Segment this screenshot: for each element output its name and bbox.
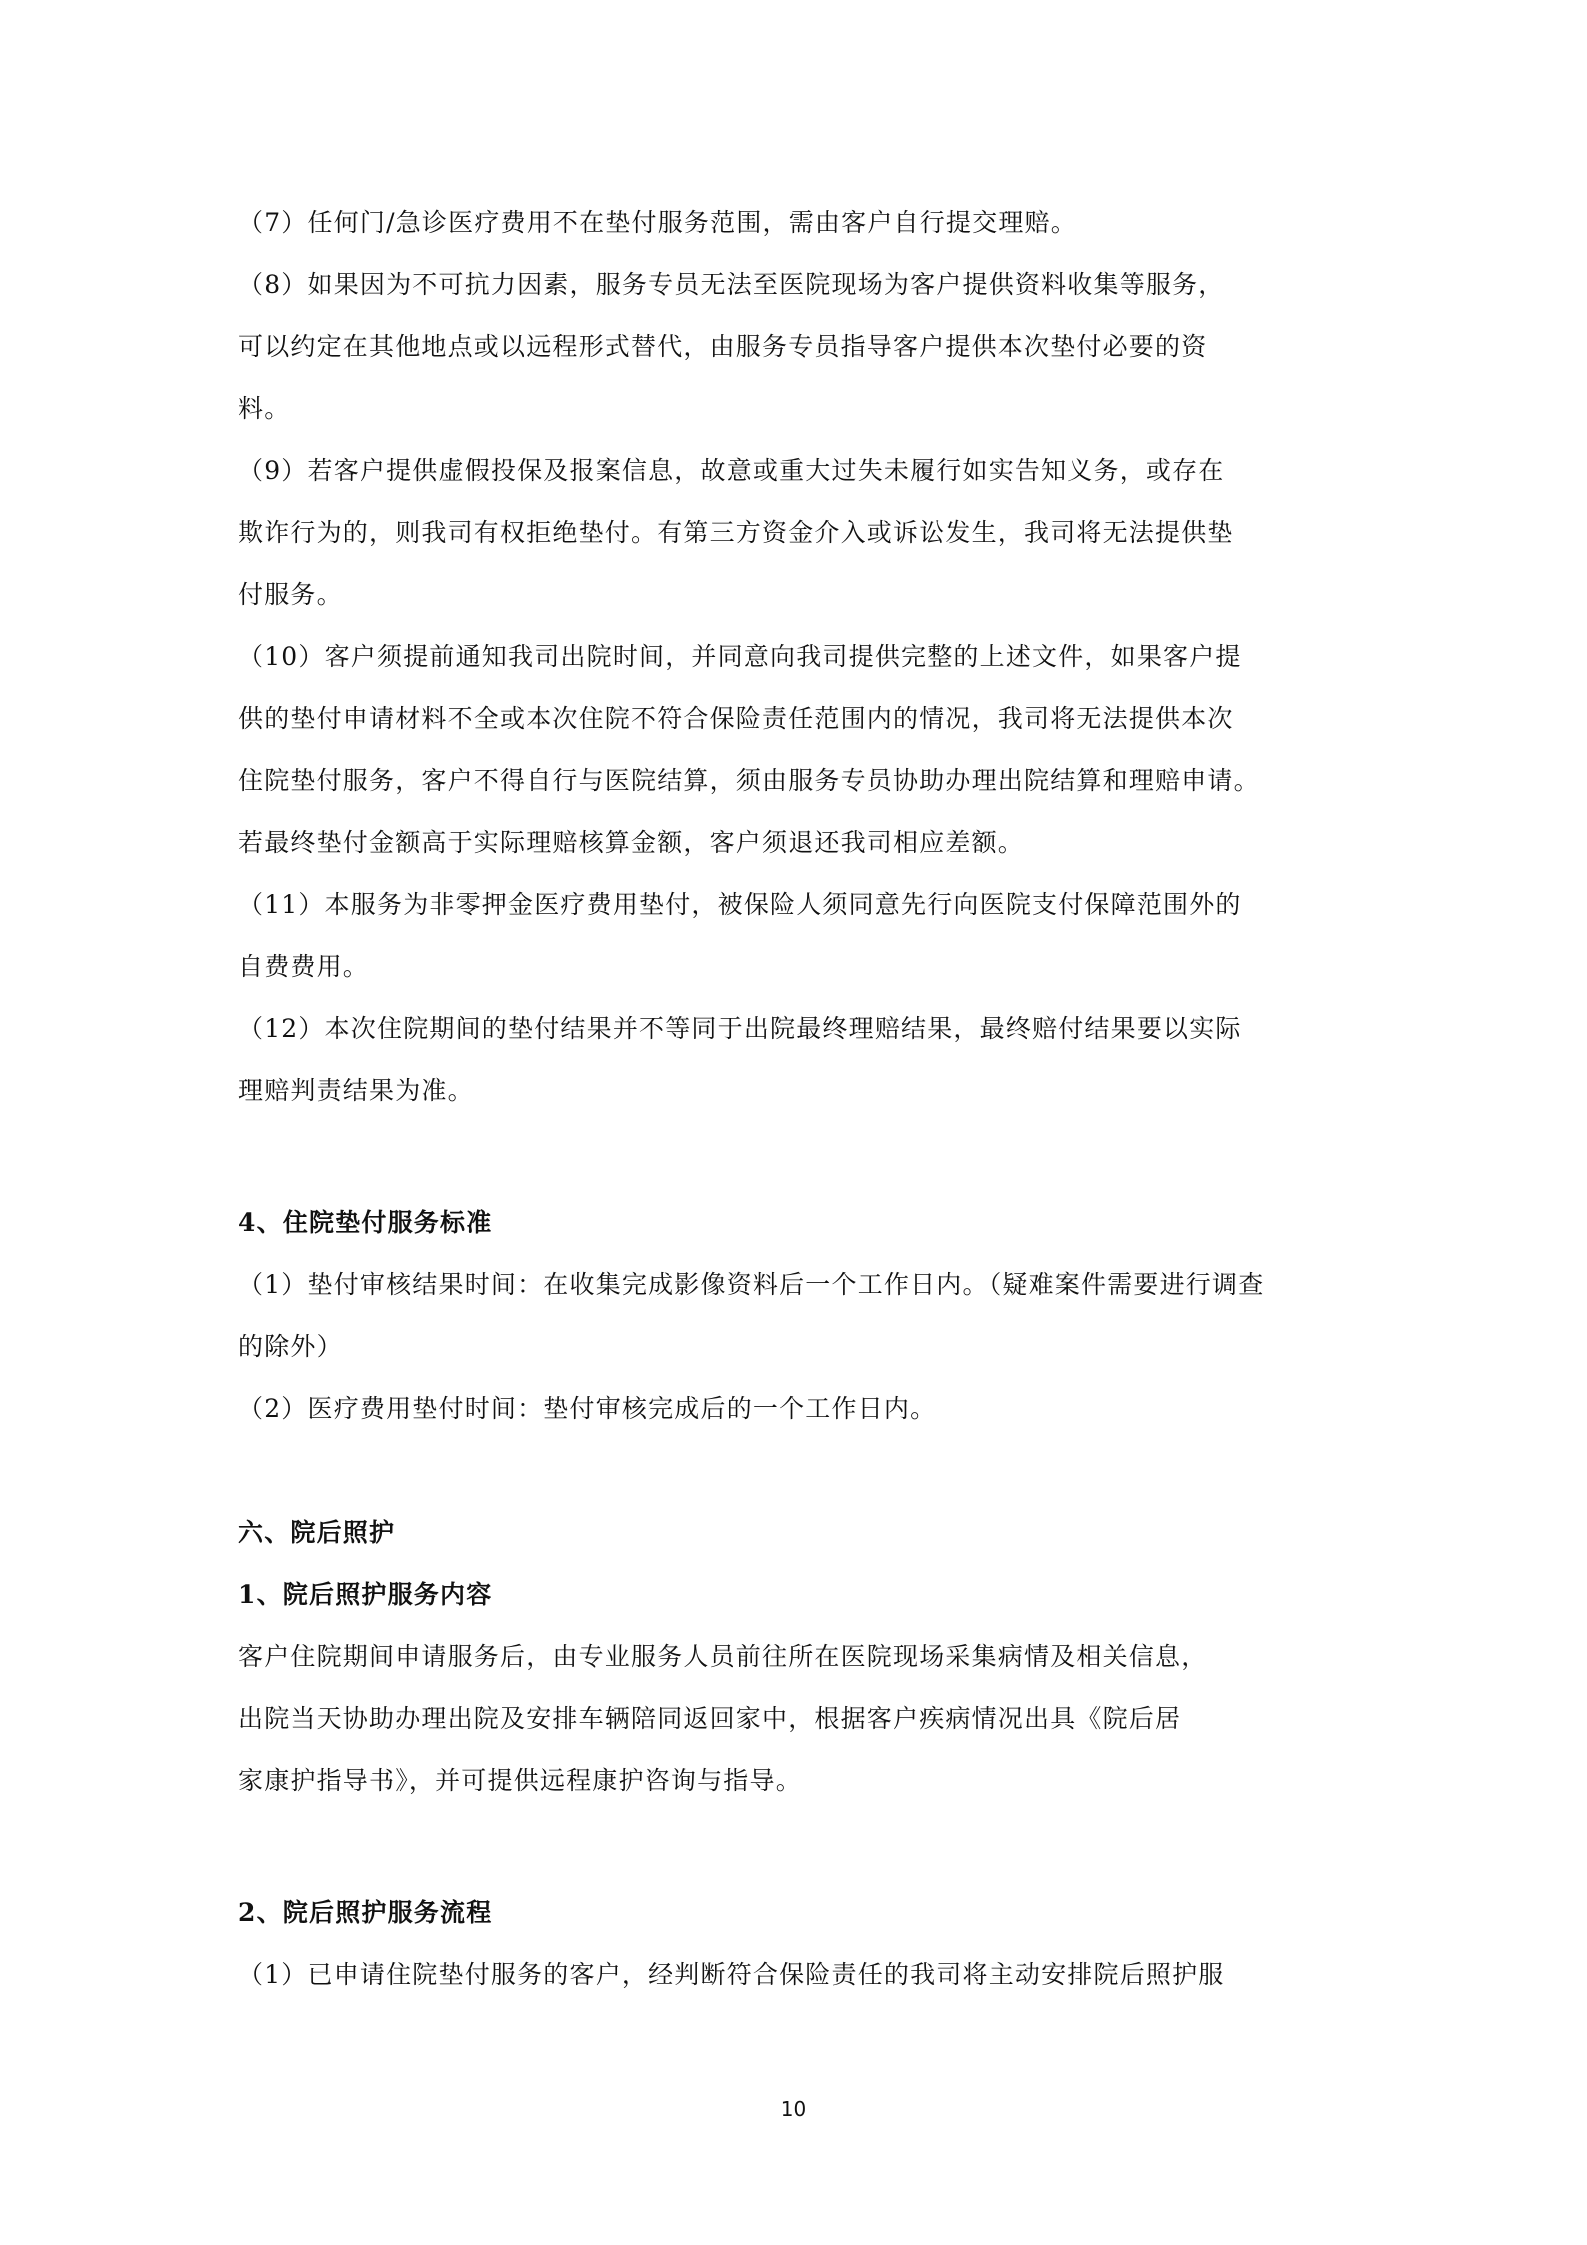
chapter-heading-6: 六、院后照护 [238, 1518, 395, 1548]
section-heading-4: 4、住院垫付服务标准 [238, 1208, 492, 1238]
standard-2-line-1: （2）医疗费用垫付时间：垫付审核完成后的一个工作日内。 [238, 1394, 936, 1424]
item-11-line-1: （11）本服务为非零押金医疗费用垫付，被保险人须同意先行向医院支付保障范围外的 [238, 890, 1242, 920]
standard-1-line-1: （1）垫付审核结果时间：在收集完成影像资料后一个工作日内。（疑难案件需要进行调查 [238, 1270, 1264, 1300]
item-12-line-1: （12）本次住院期间的垫付结果并不等同于出院最终理赔结果，最终赔付结果要以实际 [238, 1014, 1242, 1044]
section-heading-6-1: 1、院后照护服务内容 [238, 1580, 492, 1610]
item-11-line-2: 自费费用。 [238, 952, 369, 982]
item-8-line-3: 料。 [238, 394, 290, 424]
content-line-3: 家康护指导书》，并可提供远程康护咨询与指导。 [238, 1766, 802, 1796]
item-9-line-3: 付服务。 [238, 580, 343, 610]
item-10-line-1: （10）客户须提前通知我司出院时间，并同意向我司提供完整的上述文件，如果客户提 [238, 642, 1242, 672]
document-page: （7）任何门/急诊医疗费用不在垫付服务范围，需由客户自行提交理赔。 （8）如果因… [0, 0, 1587, 2245]
item-9-line-1: （9）若客户提供虚假投保及报案信息，故意或重大过失未履行如实告知义务，或存在 [238, 456, 1225, 486]
standard-1-line-2: 的除外） [238, 1332, 343, 1362]
item-8-line-1: （8）如果因为不可抗力因素，服务专员无法至医院现场为客户提供资料收集等服务， [238, 270, 1225, 300]
content-line-2: 出院当天协助办理出院及安排车辆陪同返回家中，根据客户疾病情况出具《院后居 [238, 1704, 1181, 1734]
item-10-line-4: 若最终垫付金额高于实际理赔核算金额，客户须退还我司相应差额。 [238, 828, 1024, 858]
item-10-line-3: 住院垫付服务，客户不得自行与医院结算，须由服务专员协助办理出院结算和理赔申请。 [238, 766, 1260, 796]
process-1-line-1: （1）已申请住院垫付服务的客户，经判断符合保险责任的我司将主动安排院后照护服 [238, 1960, 1225, 1990]
page-number: 10 [0, 2097, 1587, 2121]
section-heading-6-2: 2、院后照护服务流程 [238, 1898, 492, 1928]
item-12-line-2: 理赔判责结果为准。 [238, 1076, 474, 1106]
item-7-line-1: （7）任何门/急诊医疗费用不在垫付服务范围，需由客户自行提交理赔。 [238, 208, 1077, 238]
content-line-1: 客户住院期间申请服务后，由专业服务人员前往所在医院现场采集病情及相关信息， [238, 1642, 1207, 1672]
item-9-line-2: 欺诈行为的，则我司有权拒绝垫付。有第三方资金介入或诉讼发生，我司将无法提供垫 [238, 518, 1234, 548]
item-10-line-2: 供的垫付申请材料不全或本次住院不符合保险责任范围内的情况，我司将无法提供本次 [238, 704, 1234, 734]
item-8-line-2: 可以约定在其他地点或以远程形式替代，由服务专员指导客户提供本次垫付必要的资 [238, 332, 1207, 362]
